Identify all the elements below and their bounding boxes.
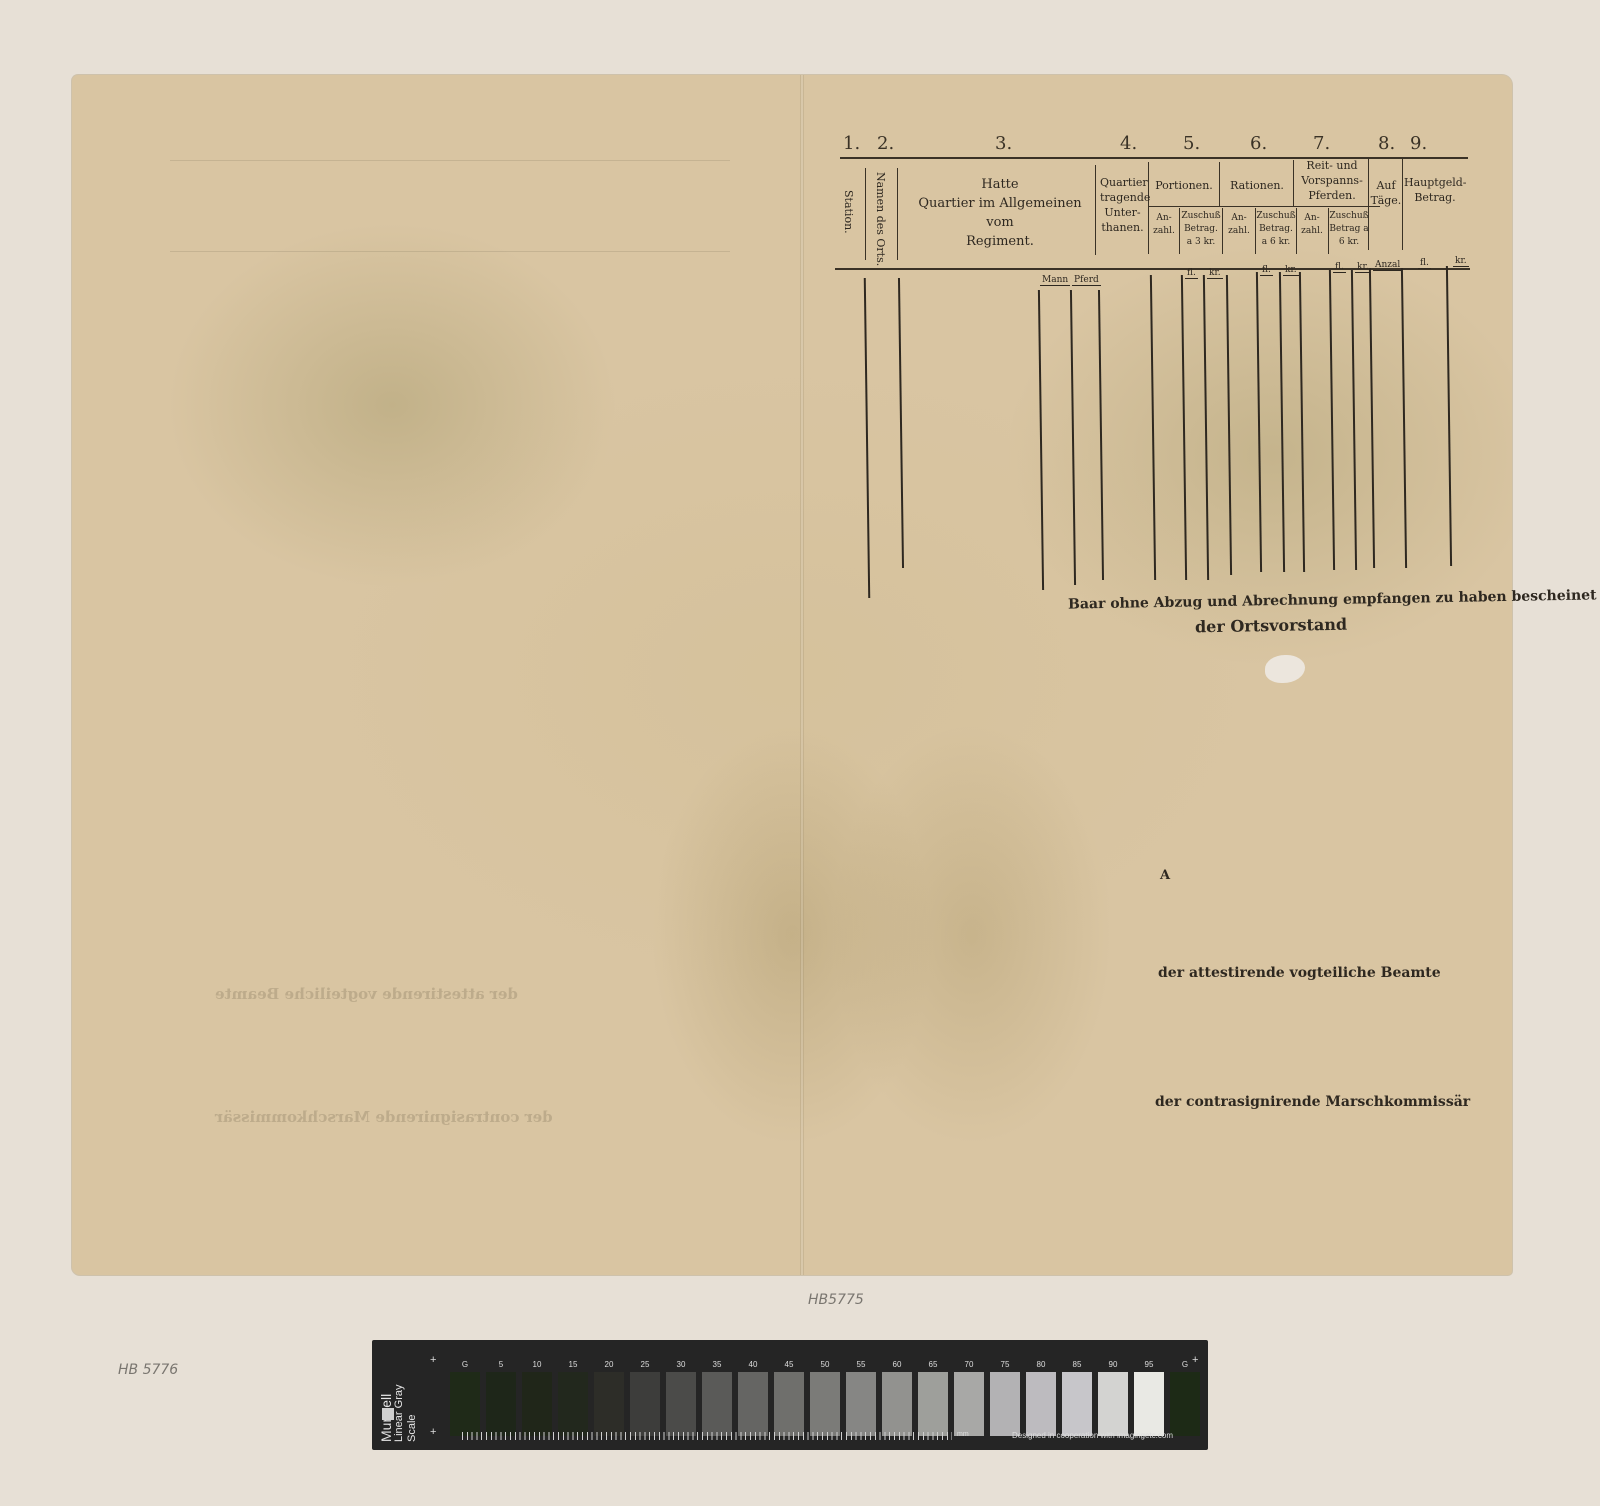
header-rationen: Rationen. bbox=[1222, 178, 1292, 193]
gray-patch-label: G bbox=[1182, 1360, 1188, 1372]
gray-patch: 45 bbox=[774, 1360, 804, 1436]
gray-patch-label: 90 bbox=[1109, 1360, 1118, 1372]
gray-patch-label: 15 bbox=[569, 1360, 578, 1372]
gray-patch-label: 85 bbox=[1073, 1360, 1082, 1372]
gray-patch-label: 10 bbox=[533, 1360, 542, 1372]
gray-patch-swatch bbox=[774, 1372, 804, 1436]
unit-kr-4: kr. bbox=[1453, 256, 1469, 267]
gray-patch: 85 bbox=[1062, 1360, 1092, 1436]
table-top-rule bbox=[840, 157, 1468, 159]
gray-patch-label: 20 bbox=[605, 1360, 614, 1372]
header-reit-pferden: Reit- und Vorspanns-Pferden. bbox=[1296, 158, 1368, 203]
ruler-unit: mm bbox=[957, 1431, 969, 1438]
gray-patch-swatch bbox=[630, 1372, 660, 1436]
unit-fl-1: fl. bbox=[1185, 268, 1198, 279]
colnum-3: 3. bbox=[995, 133, 1012, 154]
left-page-bleed-grid bbox=[170, 160, 730, 252]
gray-patch-swatch bbox=[450, 1372, 480, 1436]
gray-patch: 70 bbox=[954, 1360, 984, 1436]
colnum-2: 2. bbox=[877, 133, 894, 154]
gray-patch-label: 80 bbox=[1037, 1360, 1046, 1372]
colnum-4: 4. bbox=[1120, 133, 1137, 154]
gray-patch-swatch bbox=[1062, 1372, 1092, 1436]
gray-patch: 25 bbox=[630, 1360, 660, 1436]
gray-patch-swatch bbox=[594, 1372, 624, 1436]
gray-patch: G bbox=[450, 1360, 480, 1436]
card-credit: Designed in cooperation with imagingetc.… bbox=[1012, 1431, 1173, 1440]
signature-marschkommissar: der contrasignirende Marschkommissär bbox=[1155, 1094, 1470, 1110]
gray-patch: 75 bbox=[990, 1360, 1020, 1436]
gray-patch-label: 95 bbox=[1145, 1360, 1154, 1372]
gray-patch-swatch bbox=[1170, 1372, 1200, 1436]
gray-patch: 80 bbox=[1026, 1360, 1056, 1436]
subheader-rule bbox=[1148, 206, 1380, 207]
sub-rationen-zuschuss: Zuschuß Betrag. a 6 kr. bbox=[1256, 210, 1296, 249]
gray-patch: 15 bbox=[558, 1360, 588, 1436]
colnum-9: 9. bbox=[1410, 133, 1427, 154]
gray-patch-label: 50 bbox=[821, 1360, 830, 1372]
gray-patch: 20 bbox=[594, 1360, 624, 1436]
hdr-sep-6 bbox=[1293, 160, 1294, 206]
gray-patch: 5 bbox=[486, 1360, 516, 1436]
gray-patch: 10 bbox=[522, 1360, 552, 1436]
gray-patch: 65 bbox=[918, 1360, 948, 1436]
sub-portionen-zuschuss: Zuschuß Betrag. a 3 kr. bbox=[1180, 210, 1222, 249]
gray-patch-label: 25 bbox=[641, 1360, 650, 1372]
gray-patch: 50 bbox=[810, 1360, 840, 1436]
left-page-bleed-text-1: der attestirende vogteiliche Beamte bbox=[215, 985, 518, 1003]
gray-patch-label: 60 bbox=[893, 1360, 902, 1372]
header-portionen: Portionen. bbox=[1150, 178, 1218, 193]
colnum-5: 5. bbox=[1183, 133, 1200, 154]
unit-pferd: Pferd bbox=[1072, 275, 1101, 286]
gray-patch-label: 35 bbox=[713, 1360, 722, 1372]
unit-kr-1: kr. bbox=[1207, 268, 1223, 279]
gray-patch-swatch bbox=[1098, 1372, 1128, 1436]
header-auf-taege: Auf Täge. bbox=[1370, 178, 1402, 208]
center-fold bbox=[800, 75, 804, 1275]
gray-patch: 60 bbox=[882, 1360, 912, 1436]
header-quartier-l1: Hatte bbox=[910, 175, 1090, 194]
gray-patch-label: G bbox=[462, 1360, 468, 1372]
unit-anzal: Anzal bbox=[1373, 260, 1402, 271]
unit-mann: Mann bbox=[1040, 275, 1070, 286]
header-quartier-l3: vom bbox=[910, 213, 1090, 232]
mm-ruler bbox=[462, 1432, 952, 1440]
gray-patch: G bbox=[1170, 1360, 1200, 1436]
gray-patch-label: 65 bbox=[929, 1360, 938, 1372]
gray-patch-swatch bbox=[918, 1372, 948, 1436]
hdr-sep-4 bbox=[1148, 162, 1149, 254]
registration-plus-icon: + bbox=[430, 1354, 436, 1366]
gray-patch-label: 75 bbox=[1001, 1360, 1010, 1372]
gray-patches: G5101520253035404550556065707580859095G bbox=[450, 1360, 1200, 1436]
header-hauptgeld: Hauptgeld-Betrag. bbox=[1404, 175, 1466, 205]
registration-plus-icon: + bbox=[430, 1426, 436, 1438]
gray-patch: 40 bbox=[738, 1360, 768, 1436]
hdr-sep-3 bbox=[1095, 165, 1096, 255]
sub-portionen-anzahl: An-zahl. bbox=[1150, 212, 1178, 238]
gray-patch-swatch bbox=[882, 1372, 912, 1436]
card-title: Munsell Linear Gray Scale bbox=[380, 1354, 419, 1442]
left-page-bleed-text-2: der contrasignirende Marschkommissär bbox=[215, 1108, 553, 1126]
signature-beamte: der attestirende vogteiliche Beamte bbox=[1158, 965, 1441, 981]
header-quartier: Hatte Quartier im Allgemeinen vom Regime… bbox=[910, 175, 1090, 251]
gray-patch: 55 bbox=[846, 1360, 876, 1436]
hdr-sep-5 bbox=[1219, 162, 1220, 206]
gray-patch-label: 45 bbox=[785, 1360, 794, 1372]
gray-patch-swatch bbox=[738, 1372, 768, 1436]
colnum-8: 8. bbox=[1378, 133, 1395, 154]
unit-fl-4: fl. bbox=[1418, 258, 1431, 269]
gray-patch-swatch bbox=[702, 1372, 732, 1436]
gray-patch: 95 bbox=[1134, 1360, 1164, 1436]
gray-patch-swatch bbox=[666, 1372, 696, 1436]
hdr-sep-6a bbox=[1222, 208, 1223, 254]
header-quartier-l4: Regiment. bbox=[910, 232, 1090, 251]
gray-patch-swatch bbox=[954, 1372, 984, 1436]
unit-kr-2: kr. bbox=[1283, 265, 1299, 276]
header-namen-des-orts: Namen des Orts. bbox=[874, 172, 887, 266]
header-quartier-l2: Quartier im Allgemeinen bbox=[910, 194, 1090, 213]
gray-scale-card: Munsell Linear Gray Scale + + + + G51015… bbox=[372, 1340, 1208, 1450]
scale-title: Linear Gray Scale bbox=[393, 1385, 418, 1442]
signature-ortsvorstand: der Ortsvorstand bbox=[1195, 615, 1347, 637]
catalog-number-left: HB 5776 bbox=[118, 1362, 178, 1378]
sub-pferden-zuschuss: Zuschuß Betrag a 6 kr. bbox=[1329, 210, 1369, 249]
gray-patch: 35 bbox=[702, 1360, 732, 1436]
gray-patch-label: 70 bbox=[965, 1360, 974, 1372]
colnum-1: 1. bbox=[843, 133, 860, 154]
gray-patch: 90 bbox=[1098, 1360, 1128, 1436]
hdr-sep-1 bbox=[865, 168, 866, 260]
hdr-sep-8 bbox=[1402, 158, 1403, 250]
gray-patch-swatch bbox=[1134, 1372, 1164, 1436]
hdr-sep-2 bbox=[897, 168, 898, 260]
colnum-6: 6. bbox=[1250, 133, 1267, 154]
munsell-logo-icon bbox=[382, 1408, 394, 1420]
unit-fl-3: fl. bbox=[1333, 262, 1346, 273]
gray-patch-swatch bbox=[1026, 1372, 1056, 1436]
colnum-7: 7. bbox=[1313, 133, 1330, 154]
gray-patch-swatch bbox=[558, 1372, 588, 1436]
gray-patch-swatch bbox=[486, 1372, 516, 1436]
header-quartier-tragende: Quartier tragende Unter-thanen. bbox=[1100, 175, 1145, 235]
gray-patch: 30 bbox=[666, 1360, 696, 1436]
sub-pferden-anzahl: An-zahl. bbox=[1297, 212, 1327, 238]
gray-patch-swatch bbox=[810, 1372, 840, 1436]
gray-patch-swatch bbox=[990, 1372, 1020, 1436]
catalog-number-center: HB5775 bbox=[808, 1292, 864, 1308]
gray-patch-swatch bbox=[846, 1372, 876, 1436]
header-station: Station. bbox=[842, 190, 855, 234]
gray-patch-label: 5 bbox=[499, 1360, 503, 1372]
gray-patch-label: 30 bbox=[677, 1360, 686, 1372]
unit-fl-2: fl. bbox=[1260, 265, 1273, 276]
sub-rationen-anzahl: An-zahl. bbox=[1224, 212, 1254, 238]
gray-patch-label: 55 bbox=[857, 1360, 866, 1372]
stray-mark: A bbox=[1160, 868, 1170, 883]
gray-patch-label: 40 bbox=[749, 1360, 758, 1372]
card-brand: Munsell Linear Gray Scale bbox=[378, 1348, 418, 1442]
gray-patch-swatch bbox=[522, 1372, 552, 1436]
